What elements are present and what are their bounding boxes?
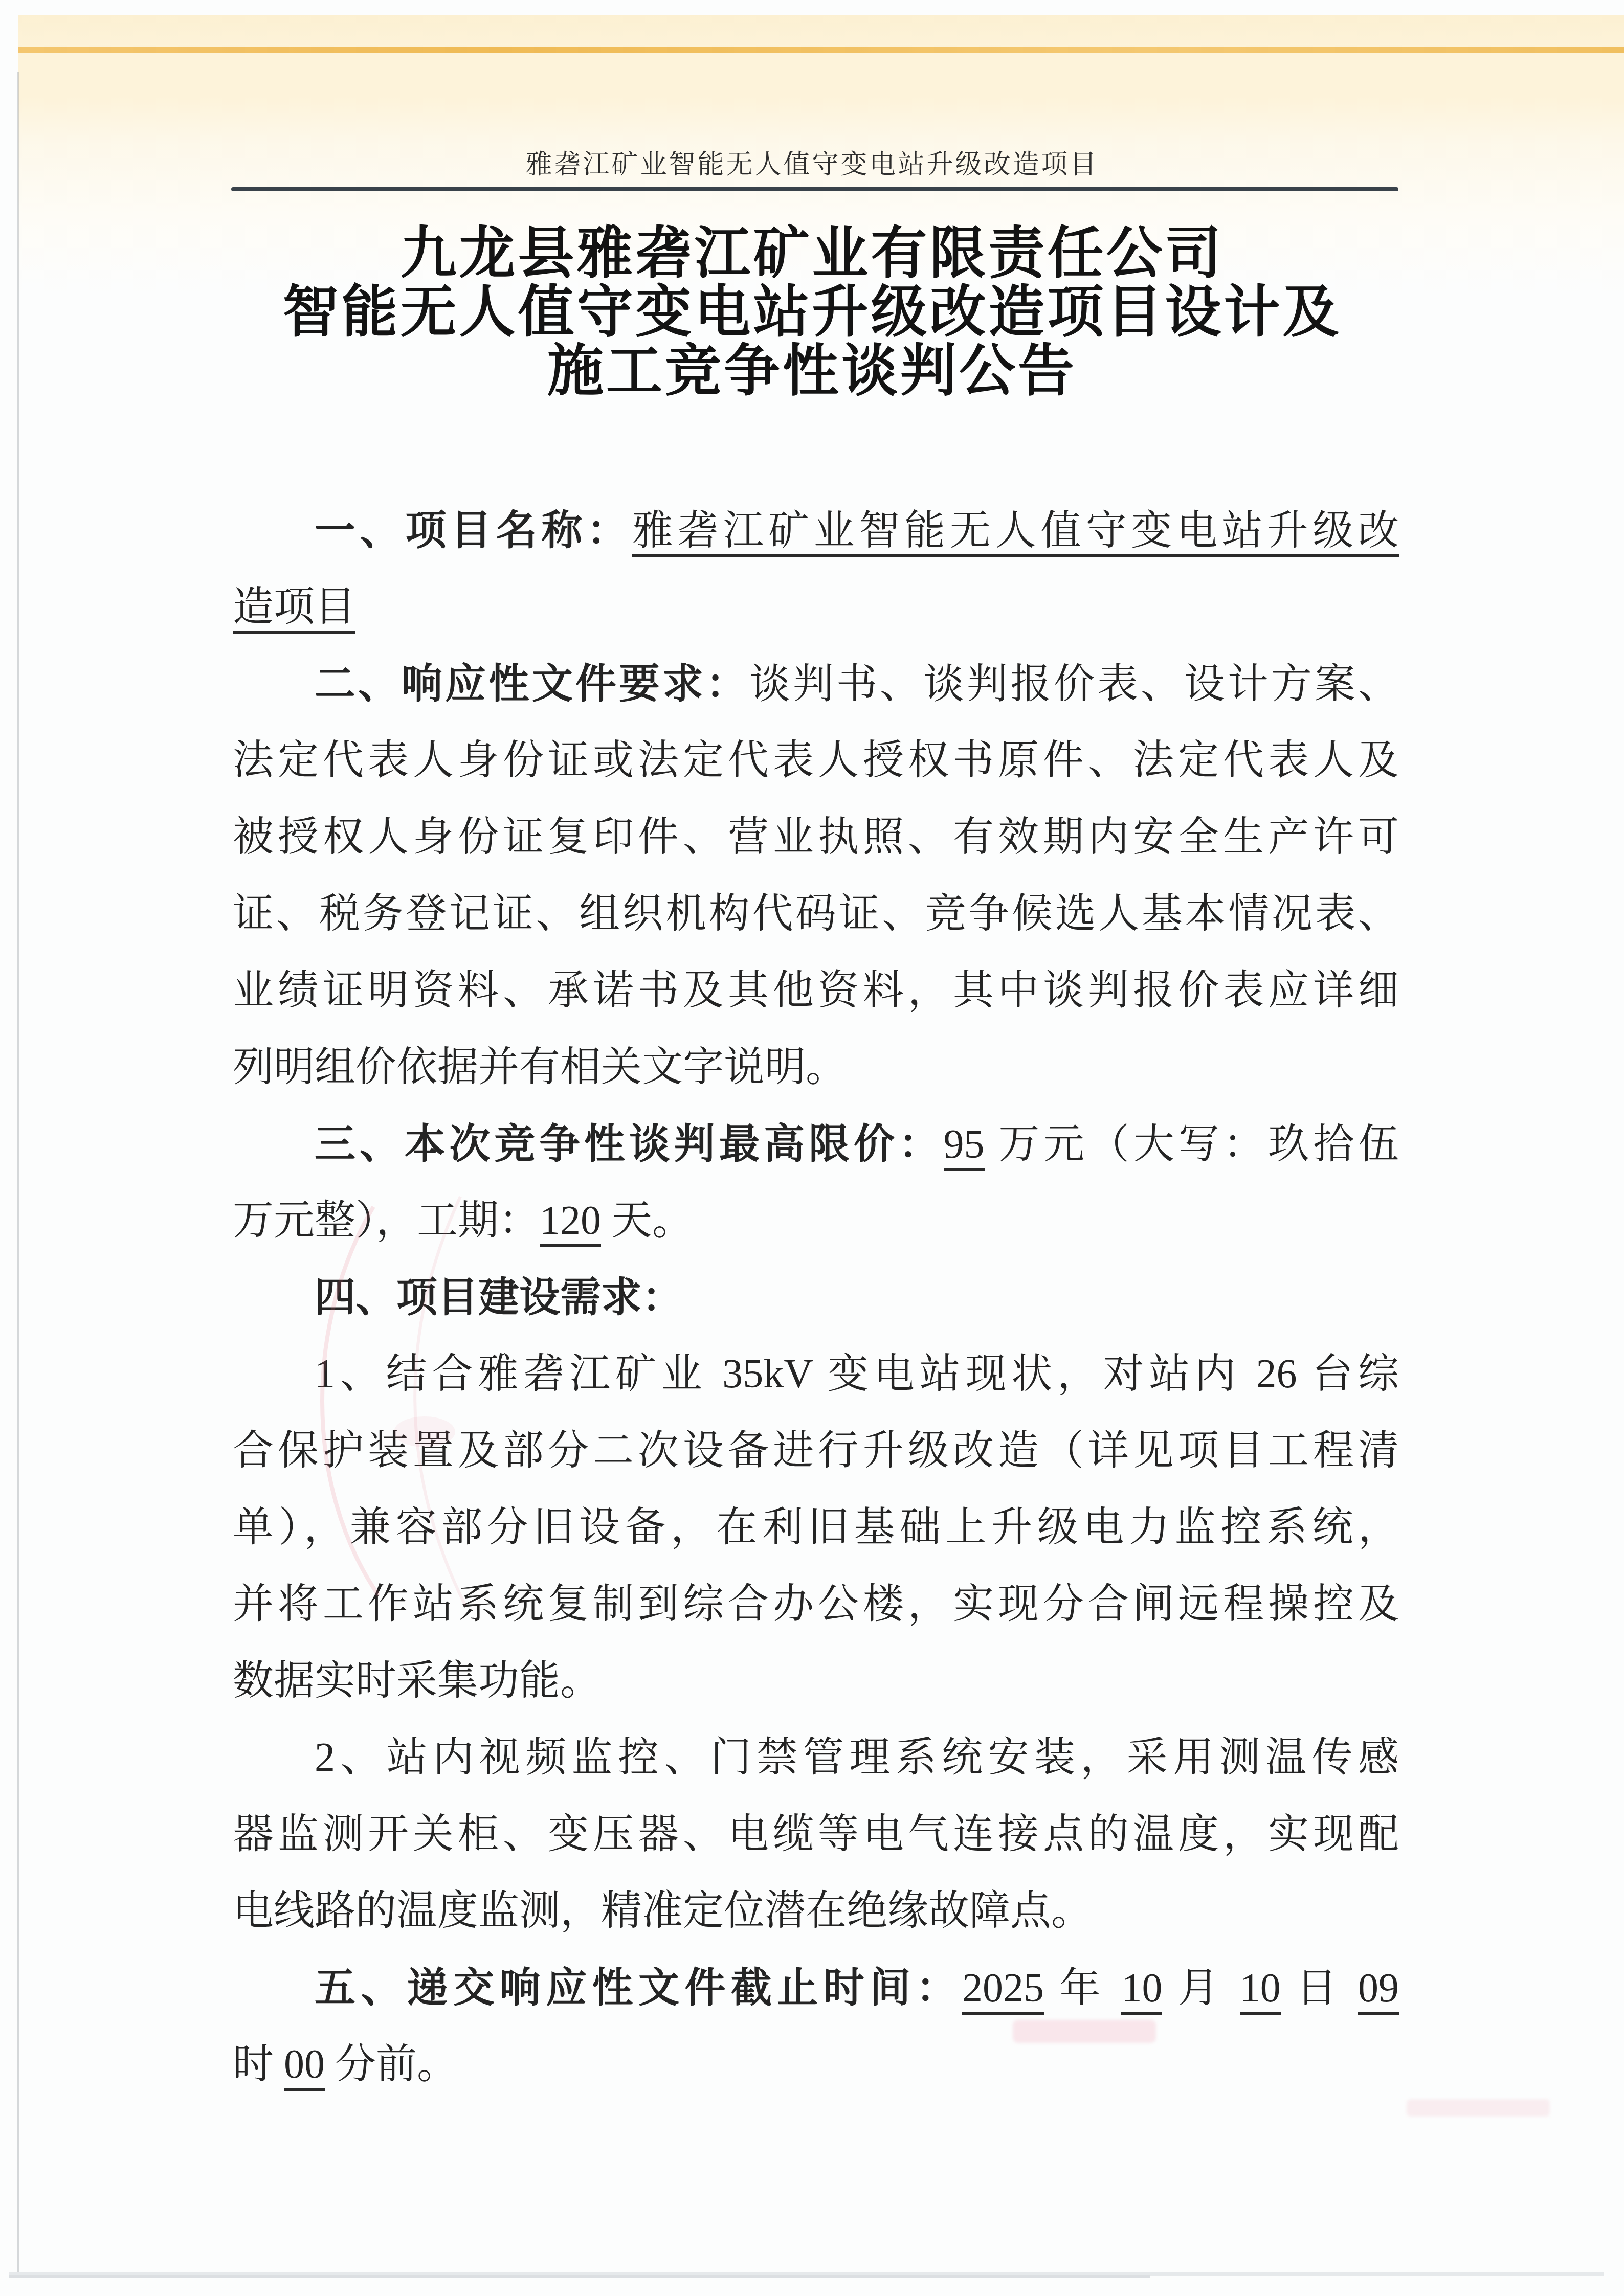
body-text: 电线路的温度监测，精准定位潜在绝缘故障点。 [233,1888,1092,1933]
body-text: 年 [1044,1966,1121,2011]
section-heading-text: 三、本次竞争性谈判最高限价： [315,1121,944,1166]
body-text: 时 [233,2042,284,2087]
underlined-text: 2025 [962,1966,1044,2015]
body-text: 证、税务登记证、组织机构代码证、竞争候选人基本情况表、 [233,891,1399,936]
body-line: 并将工作站系统复制到综合办公楼，实现分合闸远程操控及 [233,1566,1399,1642]
body-text: 万元整），工期： [233,1198,540,1243]
body-line: 四、项目建设需求： [233,1259,1399,1336]
underlined-text: 09 [1358,1966,1399,2015]
title-line-2: 智能无人值守变电站升级改造项目设计及 [0,283,1624,342]
body-text: 1、结合雅砻江矿业 35kV 变电站现状，对站内 26 台综 [315,1352,1399,1397]
top-accent-line [18,47,1624,53]
title-line-3: 施工竞争性谈判公告 [0,342,1624,400]
body-line: 造项目 [233,569,1399,645]
header-rule [231,187,1398,191]
body-line: 数据实时采集功能。 [233,1642,1399,1719]
body-text: 天。 [601,1198,693,1243]
underlined-text: 95 [944,1122,985,1171]
section-heading-text: 五、递交响应性文件截止时间： [315,1965,962,2010]
underlined-text: 10 [1240,1966,1281,2015]
document-title: 九龙县雅砻江矿业有限责任公司 智能无人值守变电站升级改造项目设计及 施工竞争性谈… [0,224,1624,400]
body-line: 业绩证明资料、承诺书及其他资料，其中谈判报价表应详细 [233,952,1399,1029]
body-line: 被授权人身份证复印件、营业执照、有效期内安全生产许可 [233,799,1399,875]
body-line: 法定代表人身份证或法定代表人授权书原件、法定代表人及 [233,722,1399,799]
body-text: 数据实时采集功能。 [233,1658,601,1703]
document-body: 一、项目名称：雅砻江矿业智能无人值守变电站升级改造项目二、响应性文件要求：谈判书… [233,492,1399,2103]
body-text: 被授权人身份证复印件、营业执照、有效期内安全生产许可 [233,815,1399,860]
body-text: 分前。 [325,2042,458,2087]
body-text: 2、站内视频监控、门禁管理系统安装，采用测温传感 [315,1735,1399,1780]
body-line: 电线路的温度监测，精准定位潜在绝缘故障点。 [233,1873,1399,1949]
underlined-text: 00 [284,2042,325,2091]
body-text: 单），兼容部分旧设备，在利旧基础上升级电力监控系统， [233,1505,1399,1550]
body-text: 并将工作站系统复制到综合办公楼，实现分合闸远程操控及 [233,1582,1399,1627]
body-line: 二、响应性文件要求：谈判书、谈判报价表、设计方案、 [233,645,1399,722]
body-line: 1、结合雅砻江矿业 35kV 变电站现状，对站内 26 台综 [233,1336,1399,1412]
section-heading-text: 一、项目名称： [315,507,632,553]
body-text: 器监测开关柜、变压器、电缆等电气连接点的温度，实现配 [233,1812,1399,1857]
body-line: 一、项目名称：雅砻江矿业智能无人值守变电站升级改 [233,492,1399,569]
body-text: 谈判书、谈判报价表、设计方案、 [749,662,1399,707]
body-text: 万元（大写：玖拾伍 [985,1122,1399,1167]
body-line: 证、税务登记证、组织机构代码证、竞争候选人基本情况表、 [233,875,1399,952]
left-page-edge-line [17,72,19,2275]
underlined-text: 造项目 [233,584,355,634]
section-heading-text: 四、项目建设需求： [315,1274,683,1320]
underlined-text: 10 [1121,1966,1162,2015]
body-line: 合保护装置及部分二次设备进行升级改造（详见项目工程清 [233,1412,1399,1489]
body-line: 三、本次竞争性谈判最高限价：95 万元（大写：玖拾伍 [233,1106,1399,1182]
body-line: 器监测开关柜、变压器、电缆等电气连接点的温度，实现配 [233,1796,1399,1873]
underlined-text: 雅砻江矿业智能无人值守变电站升级改 [632,508,1399,557]
body-text: 日 [1281,1966,1358,2011]
body-line: 单），兼容部分旧设备，在利旧基础上升级电力监控系统， [233,1489,1399,1566]
body-line: 列明组价依据并有相关文字说明。 [233,1029,1399,1106]
body-text: 月 [1162,1966,1239,2011]
scan-artifact-smudge [1013,2020,1156,2043]
bottom-scan-line-dark [9,2275,1150,2278]
body-line: 时 00 分前。 [233,2026,1399,2103]
scan-artifact-smudge [1407,2099,1550,2117]
body-line: 2、站内视频监控、门禁管理系统安装，采用测温传感 [233,1719,1399,1796]
body-line: 万元整），工期：120 天。 [233,1182,1399,1259]
section-heading-text: 二、响应性文件要求： [315,661,749,706]
underlined-text: 120 [540,1198,601,1247]
body-text: 业绩证明资料、承诺书及其他资料，其中谈判报价表应详细 [233,968,1399,1013]
body-text: 法定代表人身份证或法定代表人授权书原件、法定代表人及 [233,738,1399,783]
document-page: 雅砻江矿业智能无人值守变电站升级改造项目 九龙县雅砻江矿业有限责任公司 智能无人… [0,0,1624,2296]
body-text: 合保护装置及部分二次设备进行升级改造（详见项目工程清 [233,1428,1399,1473]
body-line: 五、递交响应性文件截止时间：2025 年 10 月 10 日 09 [233,1949,1399,2026]
title-line-1: 九龙县雅砻江矿业有限责任公司 [0,224,1624,283]
document-header: 雅砻江矿业智能无人值守变电站升级改造项目 [0,149,1624,181]
body-text: 列明组价依据并有相关文字说明。 [233,1045,847,1090]
